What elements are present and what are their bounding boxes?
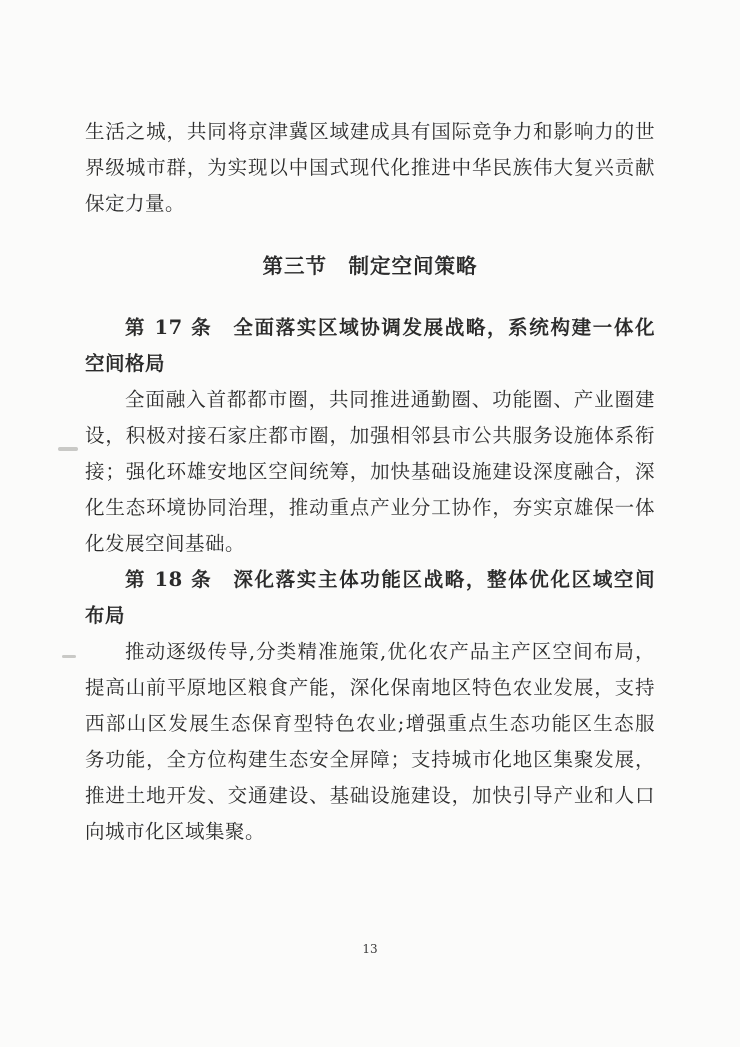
article-17-heading: 第 17 条 全面落实区域协调发展战略，系统构建一体化 空间格局	[85, 310, 655, 382]
paragraph-line: 务功能，全方位构建生态安全屏障；支持城市化地区集聚发展，	[85, 742, 655, 778]
scan-artifact	[62, 655, 76, 658]
document-body: 生活之城，共同将京津冀区域建成具有国际竞争力和影响力的世 界级城市群，为实现以中…	[85, 114, 655, 850]
paragraph-line: 接；强化环雄安地区空间统筹，加快基础设施建设深度融合，深	[85, 454, 655, 490]
paragraph-line: 化发展空间基础。	[85, 526, 655, 562]
scan-artifact	[58, 447, 78, 451]
intro-paragraph: 生活之城，共同将京津冀区域建成具有国际竞争力和影响力的世 界级城市群，为实现以中…	[85, 114, 655, 222]
paragraph-line: 推进土地开发、交通建设、基础设施建设，加快引导产业和人口	[85, 778, 655, 814]
paragraph-line: 推动逐级传导,分类精准施策,优化农产品主产区空间布局，	[85, 634, 655, 670]
article-heading-line: 布局	[85, 598, 655, 634]
article-18-body: 推动逐级传导,分类精准施策,优化农产品主产区空间布局， 提高山前平原地区粮食产能…	[85, 634, 655, 850]
page-number: 13	[0, 942, 740, 956]
article-heading-line: 第 17 条 全面落实区域协调发展战略，系统构建一体化	[85, 310, 655, 346]
paragraph-line: 西部山区发展生态保育型特色农业;增强重点生态功能区生态服	[85, 706, 655, 742]
paragraph-line: 界级城市群，为实现以中国式现代化推进中华民族伟大复兴贡献	[85, 150, 655, 186]
article-17-body: 全面融入首都都市圈，共同推进通勤圈、功能圈、产业圈建 设，积极对接石家庄都市圈，…	[85, 382, 655, 562]
paragraph-line: 全面融入首都都市圈，共同推进通勤圈、功能圈、产业圈建	[85, 382, 655, 418]
paragraph-line: 提高山前平原地区粮食产能，深化保南地区特色农业发展，支持	[85, 670, 655, 706]
paragraph-line: 设，积极对接石家庄都市圈，加强相邻县市公共服务设施体系衔	[85, 418, 655, 454]
paragraph-line: 保定力量。	[85, 186, 655, 222]
document-page: 生活之城，共同将京津冀区域建成具有国际竞争力和影响力的世 界级城市群，为实现以中…	[0, 0, 740, 1047]
article-heading-line: 第 18 条 深化落实主体功能区战略，整体优化区域空间	[85, 562, 655, 598]
paragraph-line: 向城市化区域集聚。	[85, 814, 655, 850]
article-18-heading: 第 18 条 深化落实主体功能区战略，整体优化区域空间 布局	[85, 562, 655, 634]
paragraph-line: 化生态环境协同治理，推动重点产业分工协作，夯实京雄保一体	[85, 490, 655, 526]
section-heading: 第三节 制定空间策略	[85, 248, 655, 284]
article-heading-line: 空间格局	[85, 346, 655, 382]
paragraph-line: 生活之城，共同将京津冀区域建成具有国际竞争力和影响力的世	[85, 114, 655, 150]
